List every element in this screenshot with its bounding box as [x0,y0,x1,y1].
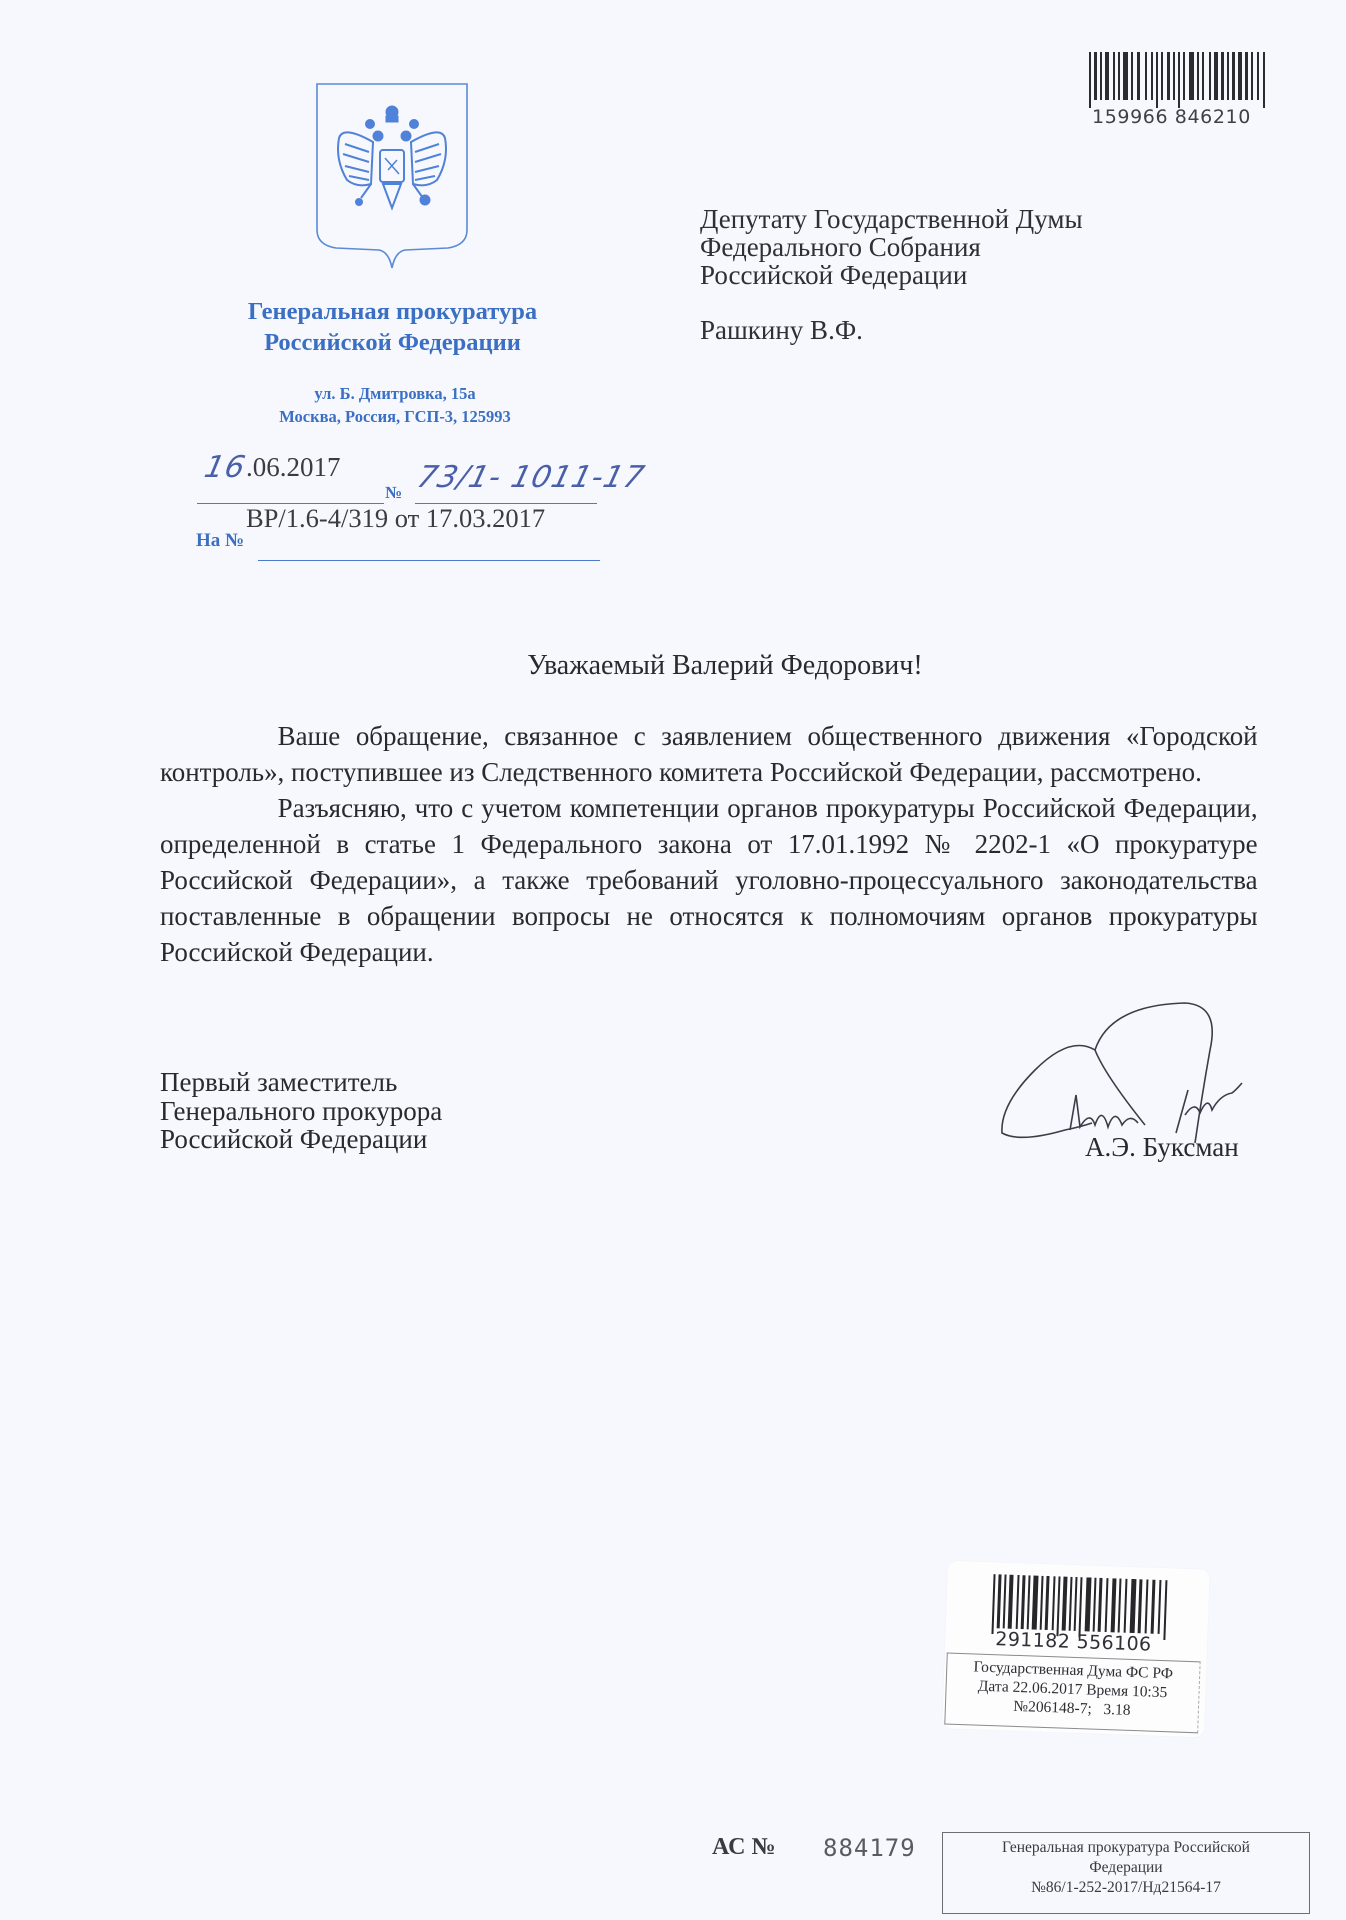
number-sign-label: № [385,483,402,503]
body-paragraph: Разъясняю, что с учетом компетенции орга… [160,790,1258,970]
signer-name: А.Э. Буксман [1085,1132,1239,1163]
body-paragraph: Ваше обращение, связанное с заявлением о… [160,718,1258,790]
letter-body: Ваше обращение, связанное с заявлением о… [160,718,1258,970]
ac-number-label: АС № [712,1834,776,1861]
address-line: Москва, Россия, ГСП-3, 125993 [230,405,560,428]
sticker-registration-info: Государственная Дума ФС РФ Дата 22.06.20… [944,1652,1200,1733]
registration-sticker: 291182 556106 Государственная Дума ФС РФ… [942,1560,1210,1737]
ac-serial-number: 884179 [823,1834,916,1862]
recipient-line: Депутату Государственной Думы [700,205,1083,233]
emblem-shield-icon [313,80,471,272]
signer-position: Первый заместитель Генерального прокурор… [160,1068,442,1154]
org-name-line: Генеральная прокуратура [190,296,595,327]
recipient-address-block: Депутату Государственной Думы Федерально… [700,205,1083,289]
recipient-name: Рашкину В.Ф. [700,315,863,346]
recipient-line: Российской Федерации [700,261,1083,289]
footer-stamp-line: Федерации [943,1858,1309,1878]
organization-address: ул. Б. Дмитровка, 15а Москва, Россия, ГС… [230,382,560,428]
handwritten-signature-icon [980,995,1275,1145]
recipient-line: Федерального Собрания [700,233,1083,261]
sticker-barcode-number: 291182 556106 [995,1628,1152,1655]
signer-title-line: Первый заместитель [160,1068,442,1097]
address-line: ул. Б. Дмитровка, 15а [230,382,560,405]
footer-stamp-line: Генеральная прокуратура Российской [943,1838,1309,1858]
na-number-label: На № [196,530,244,552]
reference-number: ВР/1.6-4/319 от 17.03.2017 [246,503,545,534]
footer-registration-stamp: Генеральная прокуратура Российской Федер… [942,1832,1310,1914]
barcode-number: 159966 846210 [1092,106,1267,128]
salutation: Уважаемый Валерий Федорович! [0,650,1346,682]
handwritten-outgoing-number: 73/1- 1011-17 [414,460,649,495]
signer-title-line: Российской Федерации [160,1125,442,1154]
footer-stamp-line: №86/1-252-2017/Нд21564-17 [943,1878,1309,1898]
org-name-line: Российской Федерации [190,327,595,358]
date-month-year: .06.2017 [246,452,341,483]
na-number-underline [258,560,600,561]
signer-title-line: Генерального прокурора [160,1097,442,1126]
handwritten-date-day: 16 [201,450,249,485]
organization-name: Генеральная прокуратура Российской Федер… [190,296,595,358]
